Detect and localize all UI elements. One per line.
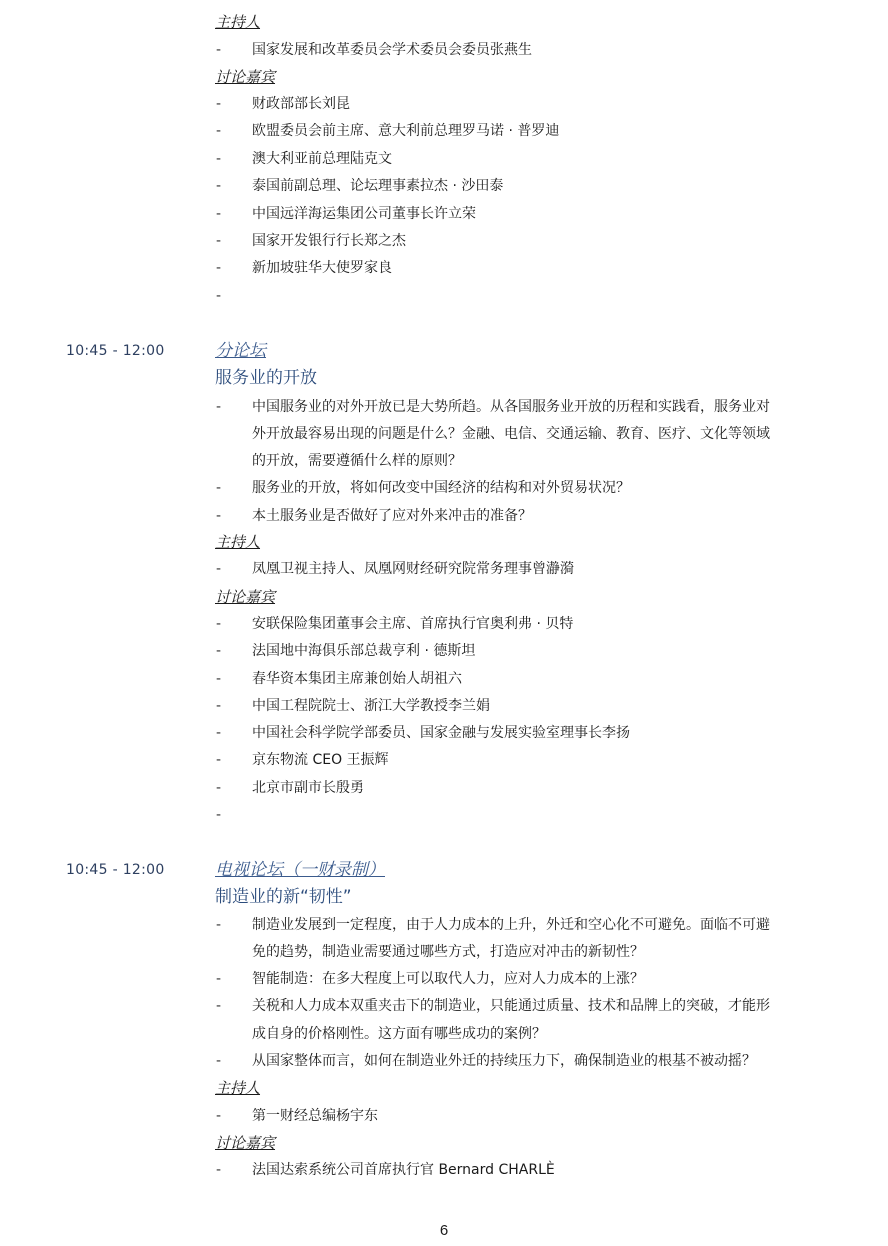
session-time: 10:45 - 12:00 bbox=[66, 857, 165, 884]
bullet-dash: - bbox=[216, 1048, 221, 1075]
question-text: 本土服务业是否做好了应对外来冲击的准备？ bbox=[252, 503, 837, 530]
bullet-dash: - bbox=[216, 693, 221, 720]
session-type: 电视论坛（一财录制） bbox=[215, 857, 385, 884]
bullet-dash: - bbox=[216, 1157, 221, 1184]
bullet-dash: - bbox=[216, 912, 221, 939]
session-type: 分论坛 bbox=[215, 338, 266, 365]
bullet-dash: - bbox=[216, 146, 221, 173]
bullet-dash: - bbox=[216, 255, 221, 282]
question-text: 成自身的价格刚性。这方面有哪些成功的案例？ bbox=[252, 1021, 837, 1048]
panelist-name: 京东物流 CEO 王振辉 bbox=[252, 747, 837, 774]
bullet-dash: - bbox=[216, 1103, 221, 1130]
panelist-name: 法国达索系统公司首席执行官 Bernard CHARLÈ bbox=[252, 1157, 837, 1184]
bullet-dash: - bbox=[216, 556, 221, 583]
bullet-dash: - bbox=[216, 475, 221, 502]
question-text: 智能制造：在多大程度上可以取代人力，应对人力成本的上涨？ bbox=[252, 966, 837, 993]
question-text: 免的趋势，制造业需要通过哪些方式，打造应对冲击的新韧性？ bbox=[252, 939, 837, 966]
panelist-name: 财政部部长刘昆 bbox=[252, 91, 837, 118]
panelist-name: 新加坡驻华大使罗家良 bbox=[252, 255, 837, 282]
bullet-dash: - bbox=[216, 173, 221, 200]
session-time: 10:45 - 12:00 bbox=[66, 338, 165, 365]
bullet-dash: - bbox=[216, 228, 221, 255]
panelist-name: 国家开发银行行长郑之杰 bbox=[252, 228, 837, 255]
question-text: 外开放最容易出现的问题是什么？金融、电信、交通运输、教育、医疗、文化等领域 bbox=[252, 421, 837, 448]
panelist-name: 泰国前副总理、论坛理事素拉杰 · 沙田泰 bbox=[252, 173, 837, 200]
bullet-dash: - bbox=[216, 802, 221, 829]
bullet-dash: - bbox=[216, 611, 221, 638]
panelist-name: 中国工程院院士、浙江大学教授李兰娟 bbox=[252, 693, 837, 720]
bullet-dash: - bbox=[216, 666, 221, 693]
bullet-dash: - bbox=[216, 747, 221, 774]
panelist-name: 安联保险集团董事会主席、首席执行官奥利弗 · 贝特 bbox=[252, 611, 837, 638]
session-title: 服务业的开放 bbox=[215, 365, 317, 392]
moderator-label: 主持人 bbox=[215, 9, 260, 36]
page-number: 6 bbox=[0, 1222, 888, 1239]
bullet-dash: - bbox=[216, 638, 221, 665]
session-title: 制造业的新“韧性” bbox=[215, 884, 352, 911]
question-text: 制造业发展到一定程度，由于人力成本的上升，外迁和空心化不可避免。面临不可避 bbox=[252, 912, 837, 939]
document-page: 主持人 - 国家发展和改革委员会学术委员会委员张燕生 讨论嘉宾 - 财政部部长刘… bbox=[0, 0, 888, 1246]
question-text: 的开放，需要遵循什么样的原则？ bbox=[252, 448, 837, 475]
panel-label: 讨论嘉宾 bbox=[215, 584, 275, 611]
moderator-name: 第一财经总编杨宇东 bbox=[252, 1103, 837, 1130]
bullet-dash: - bbox=[216, 993, 221, 1020]
bullet-dash: - bbox=[216, 720, 221, 747]
question-text: 中国服务业的对外开放已是大势所趋。从各国服务业开放的历程和实践看，服务业对 bbox=[252, 394, 837, 421]
bullet-dash: - bbox=[216, 394, 221, 421]
question-text: 从国家整体而言，如何在制造业外迁的持续压力下，确保制造业的根基不被动摇？ bbox=[252, 1048, 837, 1075]
panelist-name: 法国地中海俱乐部总裁亨利 · 德斯坦 bbox=[252, 638, 837, 665]
moderator-label: 主持人 bbox=[215, 529, 260, 556]
question-text: 服务业的开放，将如何改变中国经济的结构和对外贸易状况？ bbox=[252, 475, 837, 502]
panelist-name: 春华资本集团主席兼创始人胡祖六 bbox=[252, 666, 837, 693]
panelist-name: 北京市副市长殷勇 bbox=[252, 775, 837, 802]
bullet-dash: - bbox=[216, 91, 221, 118]
bullet-dash: - bbox=[216, 37, 221, 64]
bullet-dash: - bbox=[216, 503, 221, 530]
panelist-name: 欧盟委员会前主席、意大利前总理罗马诺 · 普罗迪 bbox=[252, 118, 837, 145]
moderator-name: 国家发展和改革委员会学术委员会委员张燕生 bbox=[252, 37, 837, 64]
bullet-dash: - bbox=[216, 775, 221, 802]
moderator-name: 凤凰卫视主持人、凤凰网财经研究院常务理事曾瀞漪 bbox=[252, 556, 837, 583]
panel-label: 讨论嘉宾 bbox=[215, 1130, 275, 1157]
panelist-name: 中国社会科学院学部委员、国家金融与发展实验室理事长李扬 bbox=[252, 720, 837, 747]
question-text: 关税和人力成本双重夹击下的制造业，只能通过质量、技术和品牌上的突破，才能形 bbox=[252, 993, 837, 1020]
bullet-dash: - bbox=[216, 966, 221, 993]
panel-label: 讨论嘉宾 bbox=[215, 64, 275, 91]
bullet-dash: - bbox=[216, 201, 221, 228]
bullet-dash: - bbox=[216, 283, 221, 310]
moderator-label: 主持人 bbox=[215, 1075, 260, 1102]
panelist-name: 澳大利亚前总理陆克文 bbox=[252, 146, 837, 173]
bullet-dash: - bbox=[216, 118, 221, 145]
panelist-name: 中国远洋海运集团公司董事长许立荣 bbox=[252, 201, 837, 228]
